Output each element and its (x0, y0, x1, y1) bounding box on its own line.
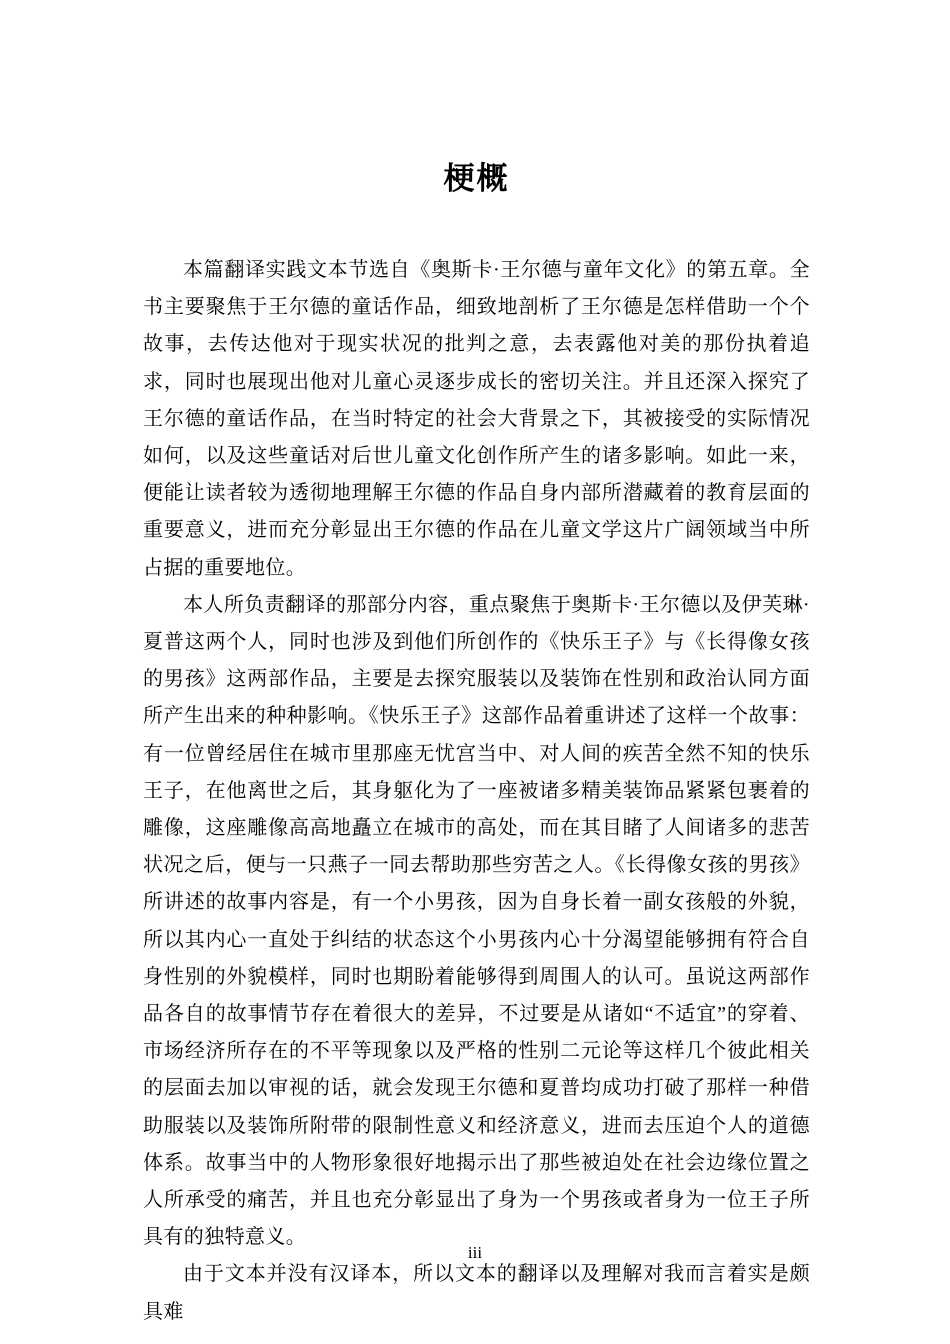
document-body: 本篇翻译实践文本节选自《奥斯卡·王尔德与童年文化》的第五章。全书主要聚焦于王尔德… (143, 252, 810, 1331)
page-number: iii (0, 1242, 950, 1264)
page-content: 梗概 本篇翻译实践文本节选自《奥斯卡·王尔德与童年文化》的第五章。全书主要聚焦于… (143, 158, 810, 1331)
paragraph: 本人所负责翻译的那部分内容，重点聚焦于奥斯卡·王尔德以及伊芙琳·夏普这两个人，同… (143, 587, 810, 1257)
paragraph: 本篇翻译实践文本节选自《奥斯卡·王尔德与童年文化》的第五章。全书主要聚焦于王尔德… (143, 252, 810, 587)
document-page: 梗概 本篇翻译实践文本节选自《奥斯卡·王尔德与童年文化》的第五章。全书主要聚焦于… (0, 0, 950, 1344)
paragraph: 由于文本并没有汉译本，所以文本的翻译以及理解对我而言着实是颇具难 (143, 1256, 810, 1330)
document-title: 梗概 (143, 158, 810, 200)
